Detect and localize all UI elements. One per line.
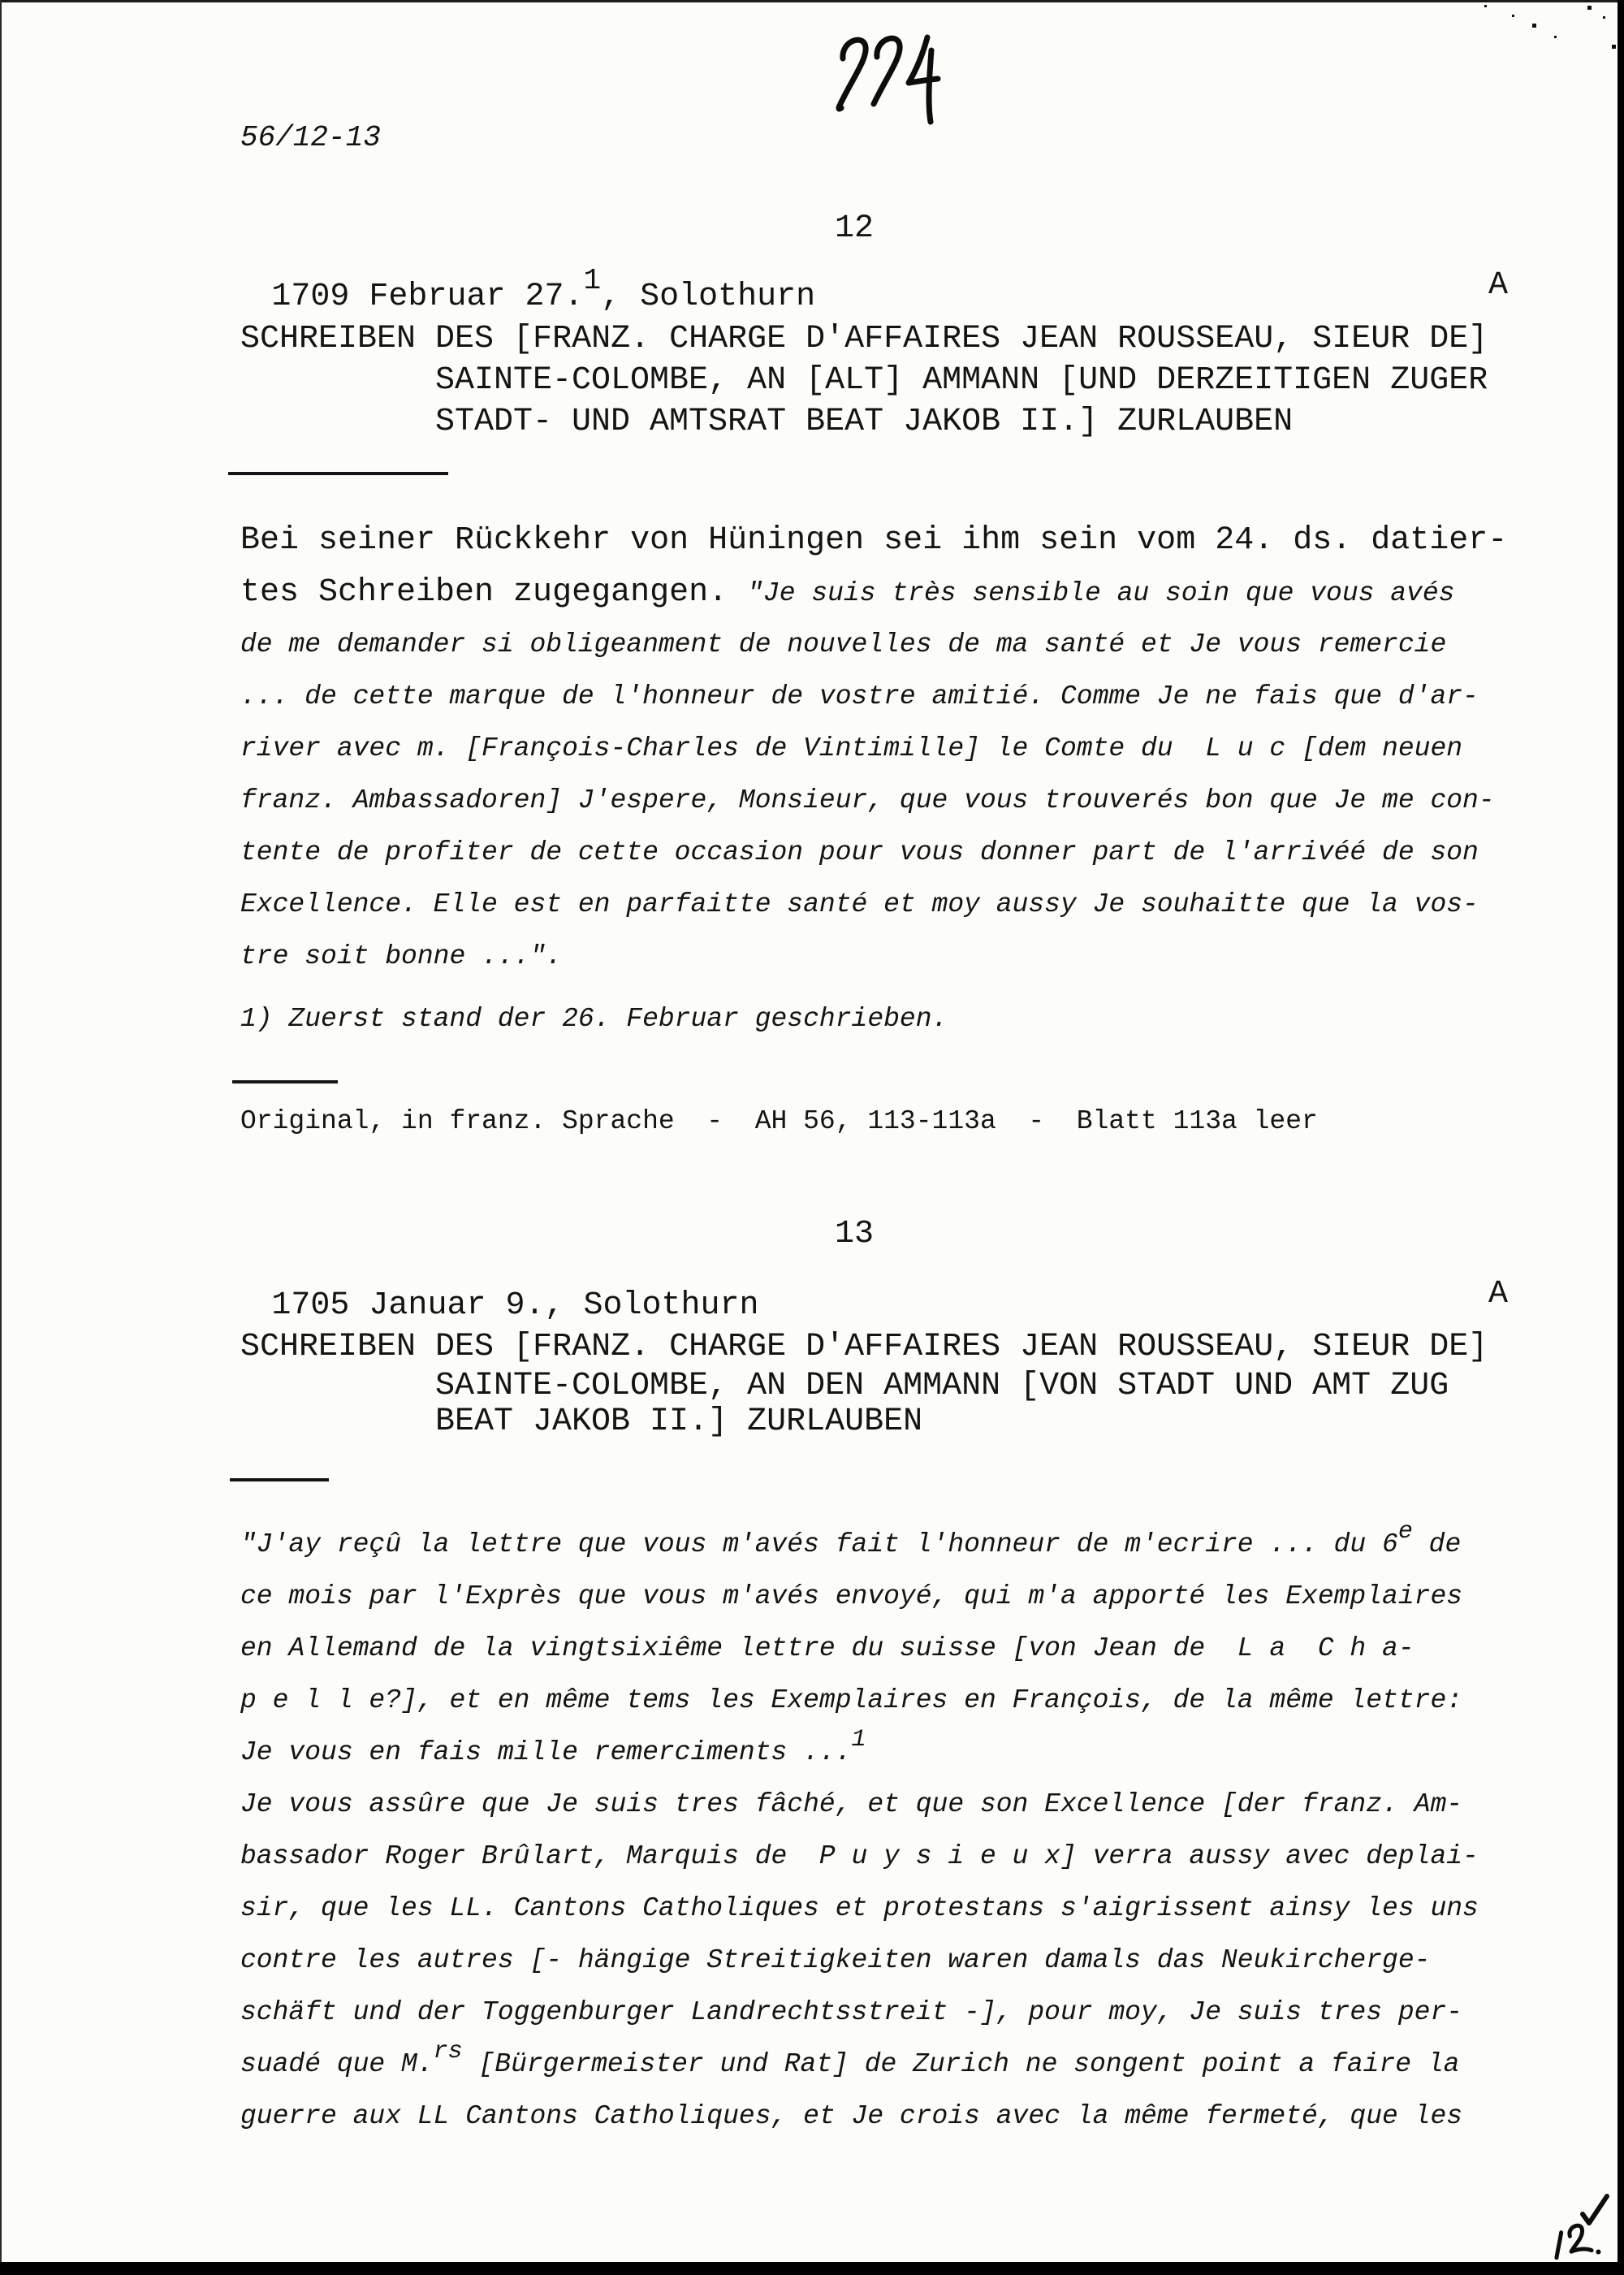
body-line: tes Schreiben zugegangen. "Je suis très … (240, 567, 1556, 619)
scan-speckles (1512, 15, 1514, 17)
body-line: p e l l e?], et en même tems les Exempla… (240, 1675, 1556, 1727)
entry-12-title-line3: STADT- UND AMTSRAT BEAT JAKOB II.] ZURLA… (435, 406, 1293, 439)
body-line: Je vous assûre que Je suis tres fâché, e… (240, 1779, 1556, 1831)
entry-12-body: Bei seiner Rückkehr von Hüningen sei ihm… (240, 515, 1556, 983)
body-line: de me demander si obligeanment de nouvel… (240, 619, 1556, 671)
entry-12-date: 1709 Februar 27. (271, 279, 583, 315)
body-line: suadé que M.rs [Bürgermeister und Rat] d… (240, 2039, 1556, 2091)
entry-12-source-line: Original, in franz. Sprache - AH 56, 113… (240, 1108, 1318, 1135)
entry-12-date-footnote-ref: 1 (583, 264, 601, 297)
scan-edge-right (1618, 0, 1624, 2275)
body-line: Excellence. Elle est en parfaitte santé … (240, 879, 1556, 931)
body-line: sir, que les LL. Cantons Catholiques et … (240, 1883, 1556, 1935)
entry-12-number: 12 (835, 213, 874, 245)
entry-13-date-line: 1705 Januar 9., Solothurn (240, 1277, 759, 1335)
body-line: tre soit bonne ...". (240, 931, 1556, 983)
entry-12-footnote: 1) Zuerst stand der 26. Februar geschrie… (240, 1006, 948, 1032)
body-line: ... de cette marque de l'honneur de vost… (240, 671, 1556, 723)
entry-13-date: 1705 Januar 9. (271, 1287, 544, 1324)
archive-reference: 56/12-13 (240, 123, 381, 153)
entry-13-corner-letter: A (1488, 1278, 1508, 1311)
body-line: ce mois par l'Exprès que vous m'avés env… (240, 1571, 1556, 1623)
handwritten-page-number-224 (827, 31, 957, 128)
scan-edge-top (0, 0, 1624, 2)
entry-12-date-place: , Solothurn (601, 279, 815, 315)
entry-13-title-line1: SCHREIBEN DES [FRANZ. CHARGE D'AFFAIRES … (240, 1331, 1488, 1364)
entry-13-number: 13 (835, 1218, 874, 1251)
entry-13-date-place: , Solothurn (544, 1287, 758, 1324)
entry-13-title-rule (230, 1478, 329, 1481)
handwritten-check-and-note (1537, 2182, 1622, 2263)
entry-12-corner-letter: A (1488, 270, 1508, 302)
entry-12-date-line: 1709 Februar 27.1, Solothurn (240, 268, 815, 327)
body-line: river avec m. [François-Charles de Vinti… (240, 723, 1556, 775)
body-line: en Allemand de la vingtsixiême lettre du… (240, 1623, 1556, 1675)
body-line: franz. Ambassadoren] J'espere, Monsieur,… (240, 775, 1556, 827)
entry-12-title-line2: SAINTE-COLOMBE, AN [ALT] AMMANN [UND DER… (435, 365, 1488, 397)
body-line: guerre aux LL Cantons Catholiques, et Je… (240, 2091, 1556, 2143)
entry-12-title-line1: SCHREIBEN DES [FRANZ. CHARGE D'AFFAIRES … (240, 323, 1488, 356)
entry-13-title-line3: BEAT JAKOB II.] ZURLAUBEN (435, 1406, 922, 1438)
checkmark-icon (1583, 2196, 1607, 2223)
body-line: bassador Roger Brûlart, Marquis de P u y… (240, 1831, 1556, 1883)
entry-13-body: "J'ay reçû la lettre que vous m'avés fai… (240, 1519, 1556, 2143)
body-line: Je vous en fais mille remerciments ...1 (240, 1727, 1556, 1779)
entry-12-title-rule (228, 472, 448, 475)
body-line: tente de profiter de cette occasion pour… (240, 827, 1556, 879)
entry-12-source-rule (232, 1080, 338, 1083)
entry-13-title-line2: SAINTE-COLOMBE, AN DEN AMMANN [VON STADT… (435, 1370, 1449, 1403)
scan-edge-left (0, 0, 2, 2275)
scanned-page: 56/12-13 12 1709 Februar 27.1, Solothurn… (0, 0, 1624, 2275)
body-line: Bei seiner Rückkehr von Hüningen sei ihm… (240, 515, 1556, 567)
body-line: "J'ay reçû la lettre que vous m'avés fai… (240, 1519, 1556, 1571)
handwritten-note-12 (1553, 2223, 1601, 2260)
scan-edge-bottom (0, 2262, 1624, 2275)
body-line: contre les autres [- hängige Streitigkei… (240, 1935, 1556, 1987)
body-line: schäft und der Toggenburger Landrechtsst… (240, 1987, 1556, 2039)
